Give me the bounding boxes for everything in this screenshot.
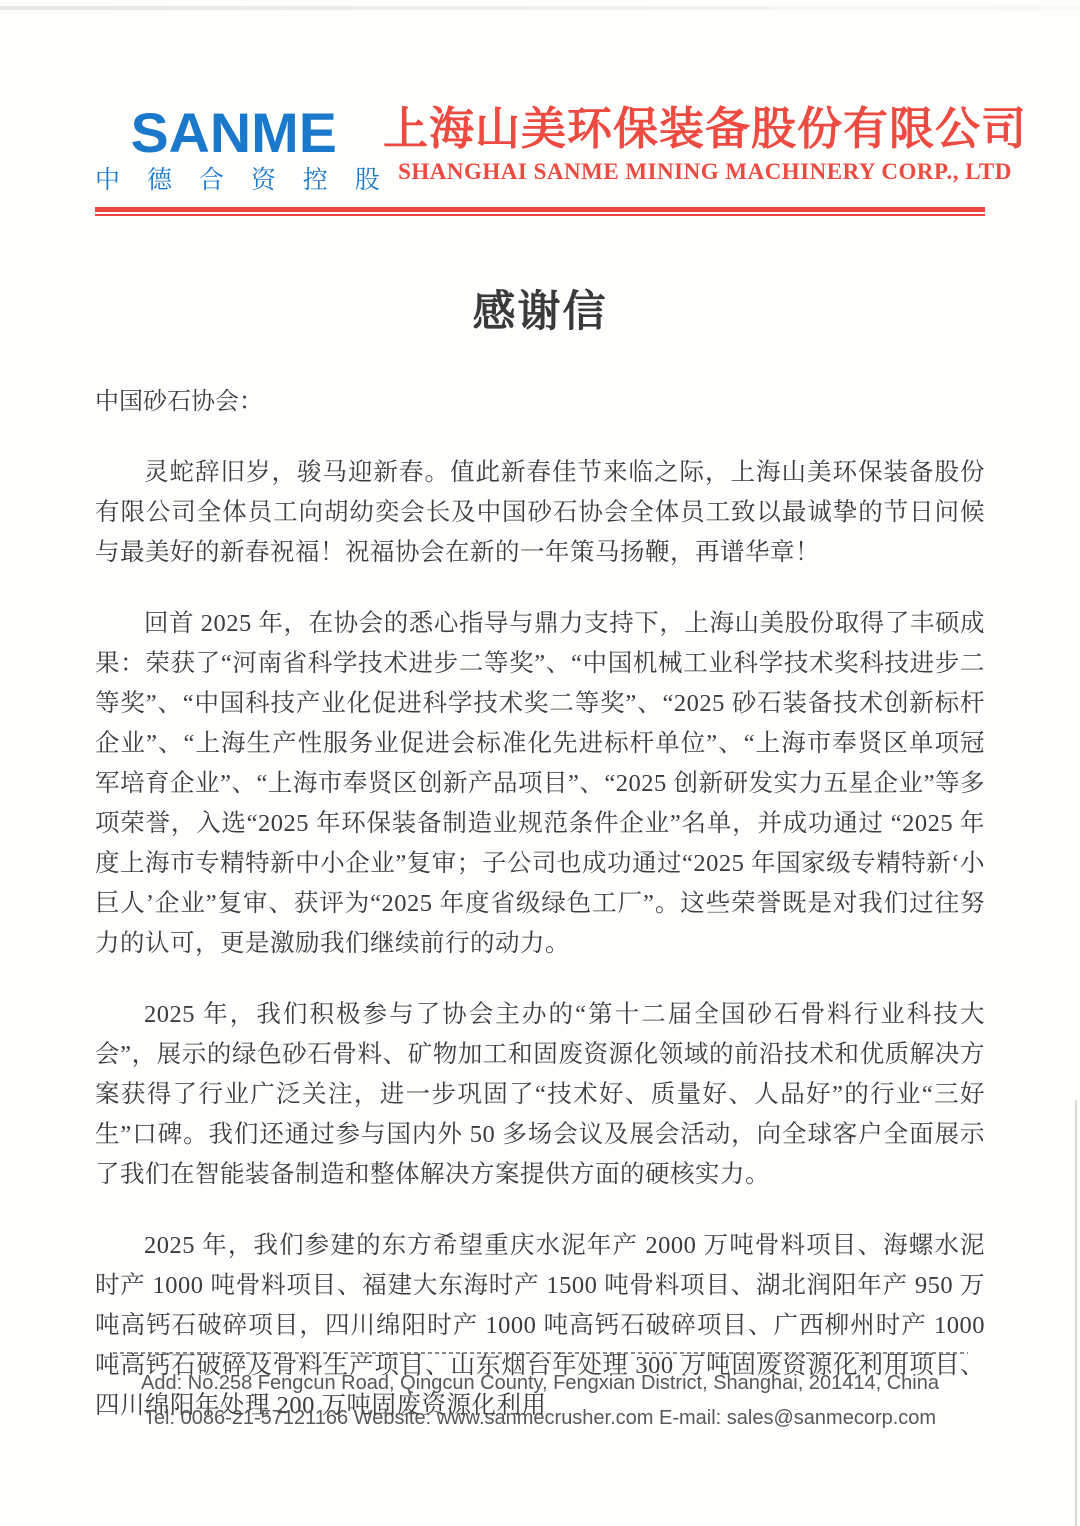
header-divider-rule (95, 207, 985, 216)
scan-artifact-top (0, 6, 1080, 10)
logo-subtitle: 中 德 合 资 控 股 (95, 166, 367, 194)
paragraph-greeting: 灵蛇辞旧岁，骏马迎新春。值此新春佳节来临之际，上海山美环保装备股份有限公司全体员… (95, 453, 985, 573)
company-logo: SANME 中 德 合 资 控 股 (95, 104, 367, 194)
letterhead: SANME 中 德 合 资 控 股 上海山美环保装备股份有限公司 SHANGHA… (95, 104, 985, 194)
company-name-english: SHANGHAI SANME MINING MACHINERY CORP., L… (383, 159, 1027, 185)
sanme-logo-wordmark: SANME (95, 104, 372, 162)
footer-address: Add: No.258 Fengcun Road, Qingcun County… (0, 1366, 1080, 1401)
scan-artifact-right (1075, 1100, 1077, 1526)
paragraph-conference: 2025 年，我们积极参与了协会主办的“第十二届全国砂石骨料行业科技大会”，展示… (95, 995, 985, 1195)
letter-footer: Add: No.258 Fengcun Road, Qingcun County… (0, 1352, 1080, 1436)
letter-body: 灵蛇辞旧岁，骏马迎新春。值此新春佳节来临之际，上海山美环保装备股份有限公司全体员… (95, 453, 985, 1426)
letter-page: SANME 中 德 合 资 控 股 上海山美环保装备股份有限公司 SHANGHA… (95, 104, 985, 1426)
salutation: 中国砂石协会： (95, 382, 985, 422)
company-name-chinese: 上海山美环保装备股份有限公司 (383, 104, 1027, 154)
paragraph-achievements: 回首 2025 年，在协会的悉心指导与鼎力支持下，上海山美股份取得了丰硕成果：荣… (95, 604, 985, 964)
footer-contact: Tel: 0086-21-57121166 Website: www.sanme… (0, 1401, 1080, 1436)
letter-title: 感谢信 (95, 290, 985, 336)
company-names: 上海山美环保装备股份有限公司 SHANGHAI SANME MINING MAC… (383, 104, 1027, 185)
footer-divider-rule (113, 1352, 968, 1354)
